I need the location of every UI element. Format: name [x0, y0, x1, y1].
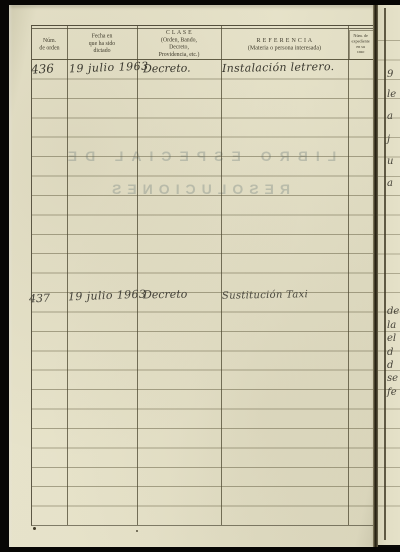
column-header-referencia: R E F E R E N C I A (Materia o persona i…: [221, 29, 348, 59]
adjacent-handwriting-fragment: le: [387, 89, 396, 100]
entry-436-number: 436: [31, 61, 55, 76]
resolutions-register-table: Núm. de orden Fecha en que ha sido dicta…: [31, 25, 374, 526]
entry-437-reference: Sustitución Taxi: [222, 289, 308, 301]
column-divider: [221, 26, 222, 525]
ink-speck: [136, 530, 138, 532]
header-line: Providencia, etc.): [155, 51, 204, 58]
header-line: (Materia o persona interesada): [246, 44, 322, 52]
scanned-ledger-page: LIBRO ESPECIAL DE RESOLUCIONES Núm. de o…: [0, 0, 400, 552]
entry-437-date: 19 julio 1963: [68, 288, 147, 304]
entry-436-class: Decreto.: [143, 62, 191, 76]
column-header-num-orden: Núm. de orden: [32, 29, 67, 59]
entry-436-reference: Instalación letrero.: [222, 60, 335, 75]
adjacent-handwriting-fragment: el: [387, 333, 396, 344]
adjacent-page-margin-line: [384, 8, 386, 540]
column-divider: [348, 26, 349, 525]
header-line: R E F E R E N C I A: [246, 37, 322, 45]
adjacent-handwriting-fragment: d: [387, 360, 393, 371]
adjacent-handwriting-fragment: se: [387, 373, 398, 384]
header-line: (Orden, Bando, Decreto,: [155, 37, 204, 52]
adjacent-handwriting-fragment: fe: [387, 387, 397, 398]
adjacent-handwriting-fragment: d: [387, 347, 393, 358]
header-line: Núm.: [39, 37, 59, 44]
column-divider: [67, 26, 68, 525]
header-line: C L A S E: [155, 30, 204, 37]
adjacent-handwriting-fragment: a: [387, 178, 393, 189]
entry-436-date: 19 julio 1963: [69, 60, 149, 76]
column-divider: [137, 26, 138, 525]
header-line: caso: [351, 49, 369, 54]
scan-border-top: [0, 0, 400, 5]
adjacent-handwriting-fragment: u: [387, 156, 393, 167]
adjacent-handwriting-fragment: a: [387, 111, 393, 122]
header-line: dictado: [82, 48, 123, 55]
adjacent-handwriting-fragment: 9: [387, 69, 393, 80]
entry-437-number: 437: [29, 292, 50, 306]
scan-border-left: [0, 0, 9, 552]
column-header-expediente: Núm. de expediente en su caso: [348, 29, 373, 59]
ink-speck: [33, 527, 36, 530]
column-header-fecha: Fecha en que ha sido dictado: [67, 29, 137, 59]
adjacent-handwriting-fragment: de: [387, 306, 399, 317]
scan-border-bottom: [0, 547, 400, 552]
entry-437-class: Decreto: [143, 288, 188, 302]
adjacent-handwriting-fragment: j: [387, 134, 390, 145]
adjacent-handwriting-fragment: la: [387, 320, 396, 331]
column-header-clase: C L A S E (Orden, Bando, Decreto, Provid…: [137, 29, 221, 59]
header-line: de orden: [39, 44, 59, 51]
